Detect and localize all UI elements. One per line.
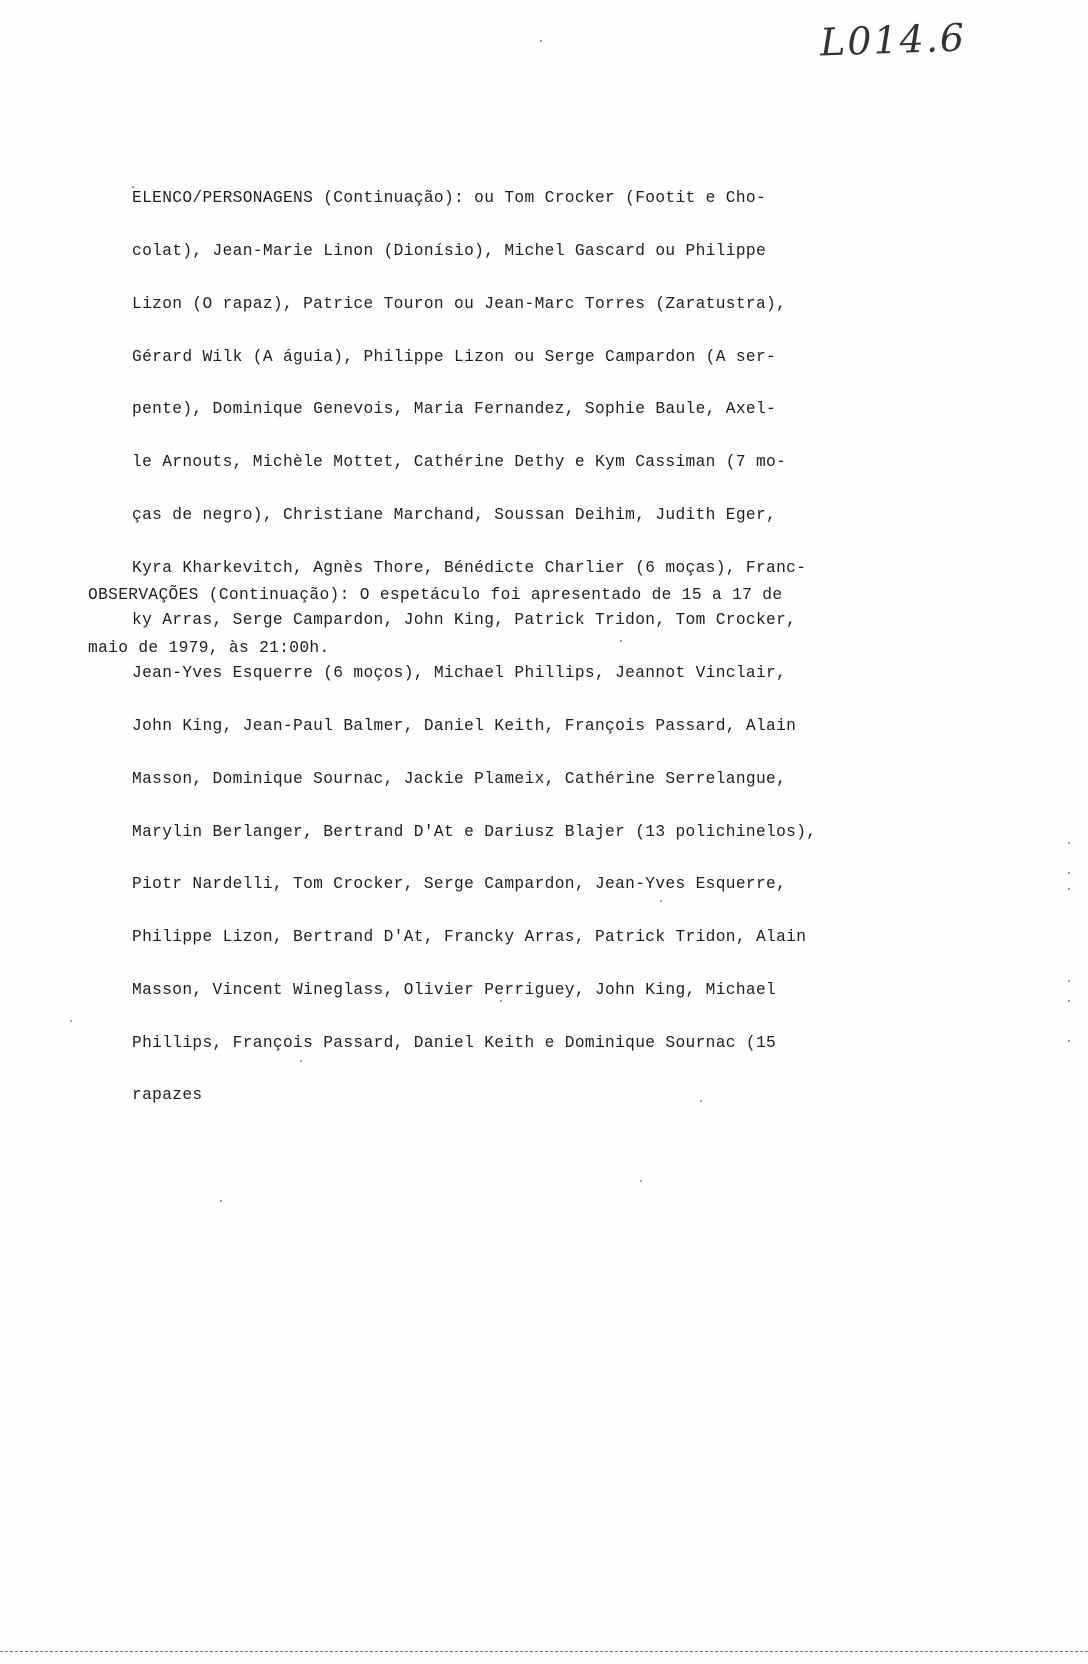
scan-speck <box>500 1000 502 1002</box>
cast-line: Phillips, François Passard, Daniel Keith… <box>132 1035 816 1053</box>
observations-line: maio de 1979, às 21:00h. <box>88 640 782 658</box>
cast-line: ças de negro), Christiane Marchand, Sous… <box>132 507 816 525</box>
cast-line: John King, Jean-Paul Balmer, Daniel Keit… <box>132 718 816 736</box>
observations-section: OBSERVAÇÕES (Continuação): O espetáculo … <box>88 552 782 693</box>
scan-speck <box>540 40 542 42</box>
scan-speck <box>1068 842 1070 844</box>
scan-speck <box>300 1060 302 1062</box>
cast-line: ELENCO/PERSONAGENS (Continuação): ou Tom… <box>132 190 816 208</box>
cast-line: Lizon (O rapaz), Patrice Touron ou Jean-… <box>132 296 816 314</box>
scan-speck <box>700 1100 702 1102</box>
scan-speck <box>1068 872 1070 874</box>
cast-line: colat), Jean-Marie Linon (Dionísio), Mic… <box>132 243 816 261</box>
scan-speck <box>132 186 134 188</box>
scan-speck <box>1068 1000 1070 1002</box>
scan-speck <box>1068 1040 1070 1042</box>
cast-line: pente), Dominique Genevois, Maria Fernan… <box>132 401 816 419</box>
cast-line: Gérard Wilk (A águia), Philippe Lizon ou… <box>132 349 816 367</box>
scanned-document-page: L014.6 ELENCO/PERSONAGENS (Continuação):… <box>0 0 1088 1664</box>
scan-speck <box>580 620 582 622</box>
scan-speck <box>70 1020 72 1022</box>
cast-line: Philippe Lizon, Bertrand D'At, Francky A… <box>132 929 816 947</box>
cast-line: le Arnouts, Michèle Mottet, Cathérine De… <box>132 454 816 472</box>
cast-line: Piotr Nardelli, Tom Crocker, Serge Campa… <box>132 876 816 894</box>
scan-speck <box>620 640 622 642</box>
cast-line: Marylin Berlanger, Bertrand D'At e Dariu… <box>132 824 816 842</box>
scan-speck <box>660 900 662 902</box>
page-edge-line <box>0 1651 1088 1652</box>
scan-speck <box>1068 888 1070 890</box>
scan-speck <box>220 1200 222 1202</box>
cast-line: rapazes <box>132 1087 816 1105</box>
scan-speck <box>640 1180 642 1182</box>
handwritten-reference-number: L014.6 <box>819 15 966 64</box>
scan-speck <box>1068 980 1070 982</box>
cast-line: Masson, Dominique Sournac, Jackie Plamei… <box>132 771 816 789</box>
observations-line: OBSERVAÇÕES (Continuação): O espetáculo … <box>88 587 782 605</box>
cast-line: Masson, Vincent Wineglass, Olivier Perri… <box>132 982 816 1000</box>
